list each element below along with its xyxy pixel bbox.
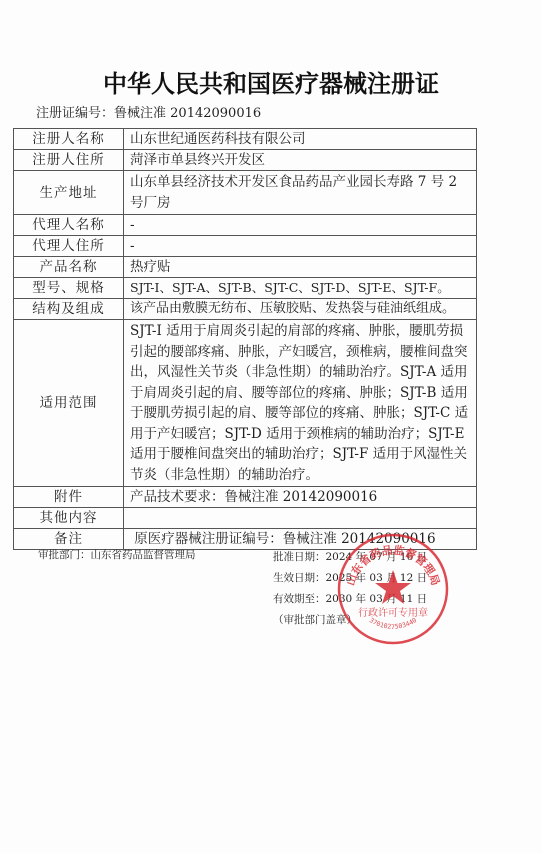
row-value: 热疗贴 (124, 257, 477, 278)
valid-until-date: 有效期至：2030 年 03 月 11 日 (273, 589, 427, 610)
row-label: 产品名称 (14, 257, 124, 278)
row-value: 山东世纪通医药科技有限公司 (124, 129, 477, 150)
row-label: 注册人名称 (14, 129, 124, 150)
table-row: 附件 产品技术要求：鲁械注准 20142090016 (14, 487, 477, 508)
table-row: 代理人住所 - (14, 236, 477, 257)
row-value: - (124, 236, 477, 257)
row-label: 适用范围 (14, 320, 124, 487)
effective-date: 生效日期：2025 年 03 月 12 日 (273, 568, 427, 589)
registration-number-line: 注册证编号：鲁械注准 20142090016 (36, 102, 261, 121)
row-value: 产品技术要求：鲁械注准 20142090016 (124, 487, 477, 508)
table-row: 型号、规格 SJT-I、SJT-A、SJT-B、SJT-C、SJT-D、SJT-… (14, 278, 477, 299)
row-value (124, 508, 477, 529)
table-row: 产品名称 热疗贴 (14, 257, 477, 278)
table-row: 代理人名称 - (14, 215, 477, 236)
row-label: 其他内容 (14, 508, 124, 529)
registration-number-label: 注册证编号： (36, 106, 114, 121)
row-value: - (124, 215, 477, 236)
table-row: 注册人名称 山东世纪通医药科技有限公司 (14, 129, 477, 150)
row-label: 附件 (14, 487, 124, 508)
table-row: 注册人住所 菏泽市单县终兴开发区 (14, 150, 477, 171)
row-value: 山东单县经济技术开发区食品药品产业园长寿路 7 号 2 号厂房 (124, 171, 477, 215)
row-value: SJT-I、SJT-A、SJT-B、SJT-C、SJT-D、SJT-E、SJT-… (124, 278, 477, 299)
row-label: 生产地址 (14, 171, 124, 215)
row-label: 注册人住所 (14, 150, 124, 171)
stamp-note: （审批部门盖章） (273, 610, 427, 631)
row-value: SJT-I 适用于肩周炎引起的肩部的疼痛、肿胀，腰肌劳损引起的腰部疼痛、肿胀，产… (124, 320, 477, 487)
table-row: 适用范围 SJT-I 适用于肩周炎引起的肩部的疼痛、肿胀，腰肌劳损引起的腰部疼痛… (14, 320, 477, 487)
table-row: 生产地址 山东单县经济技术开发区食品药品产业园长寿路 7 号 2 号厂房 (14, 171, 477, 215)
row-label: 代理人住所 (14, 236, 124, 257)
row-value: 菏泽市单县终兴开发区 (124, 150, 477, 171)
table-row: 结构及组成 该产品由敷膜无纺布、压敏胶贴、发热袋与硅油纸组成。 (14, 299, 477, 320)
table-row: 其他内容 (14, 508, 477, 529)
registration-number: 鲁械注准 20142090016 (114, 106, 261, 121)
row-label: 型号、规格 (14, 278, 124, 299)
row-label: 代理人名称 (14, 215, 124, 236)
certificate-table: 注册人名称 山东世纪通医药科技有限公司 注册人住所 菏泽市单县终兴开发区 生产地… (13, 128, 477, 550)
row-value: 该产品由敷膜无纺布、压敏胶贴、发热袋与硅油纸组成。 (124, 299, 477, 320)
certificate-title: 中华人民共和国医疗器械注册证 (0, 64, 542, 99)
row-label: 结构及组成 (14, 299, 124, 320)
approval-department: 审批部门：山东省药品监督管理局 (38, 547, 196, 562)
approval-date: 批准日期：2024 年 07 月 16 日 (273, 547, 427, 568)
date-block: 批准日期：2024 年 07 月 16 日 生效日期：2025 年 03 月 1… (273, 547, 427, 631)
